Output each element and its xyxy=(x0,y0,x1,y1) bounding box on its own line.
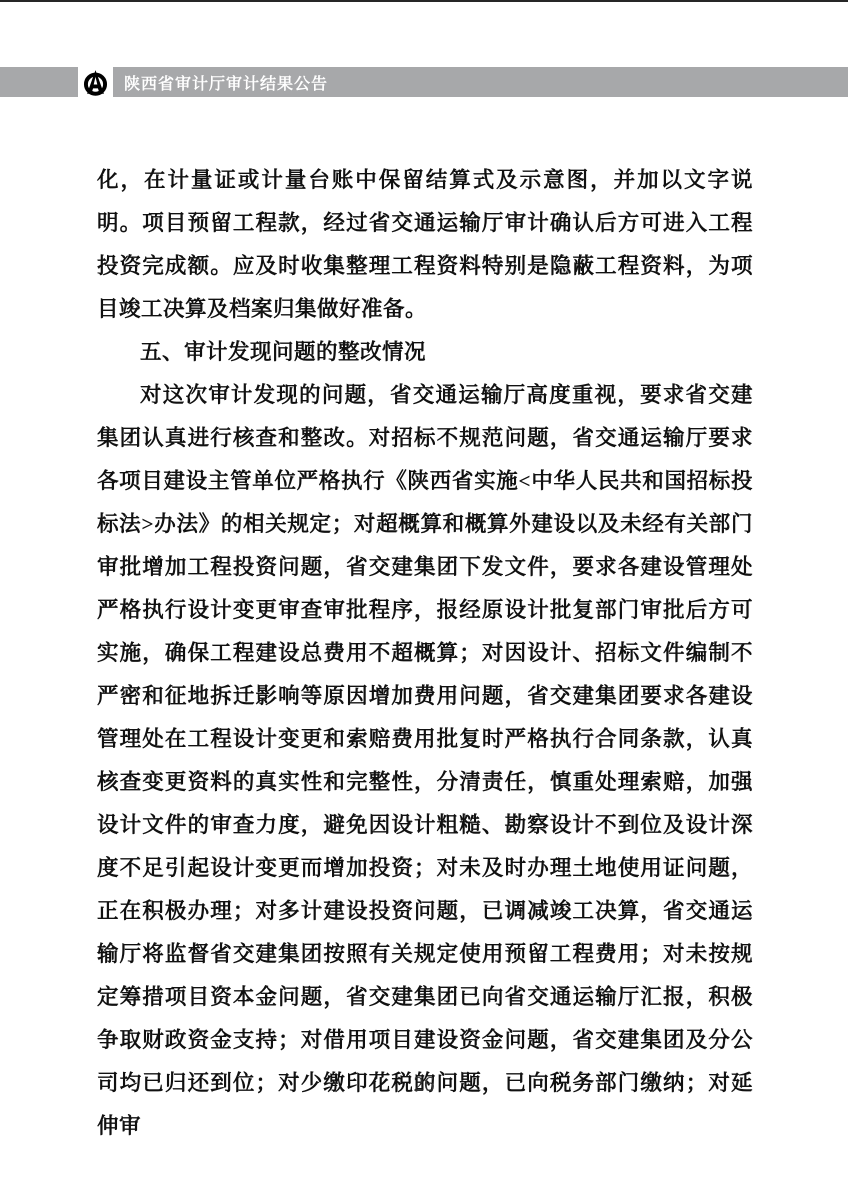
document-body: 化，在计量证或计量台账中保留结算式及示意图，并加以文字说明。项目预留工程款，经过… xyxy=(97,159,753,1148)
audit-emblem-icon xyxy=(82,69,109,96)
page-header: 陕西省审计厅审计结果公告 xyxy=(0,67,848,97)
page-number: 26 xyxy=(414,1072,435,1096)
page-top-border xyxy=(0,0,848,2)
header-band-left-segment xyxy=(0,67,78,97)
page-footer: 26 xyxy=(0,1071,848,1097)
paragraph-rectification: 对这次审计发现的问题，省交通运输厅高度重视，要求省交建集团认真进行核查和整改。对… xyxy=(97,374,753,1148)
document-header-title: 陕西省审计厅审计结果公告 xyxy=(113,71,328,94)
section-heading: 五、审计发现问题的整改情况 xyxy=(97,331,753,374)
audit-logo-box xyxy=(78,67,113,97)
header-band-right-segment: 陕西省审计厅审计结果公告 xyxy=(113,67,848,97)
paragraph-continuation: 化，在计量证或计量台账中保留结算式及示意图，并加以文字说明。项目预留工程款，经过… xyxy=(97,159,753,331)
document-page: { "header": { "title": "陕西省审计厅审计结果公告", "… xyxy=(0,0,848,1200)
